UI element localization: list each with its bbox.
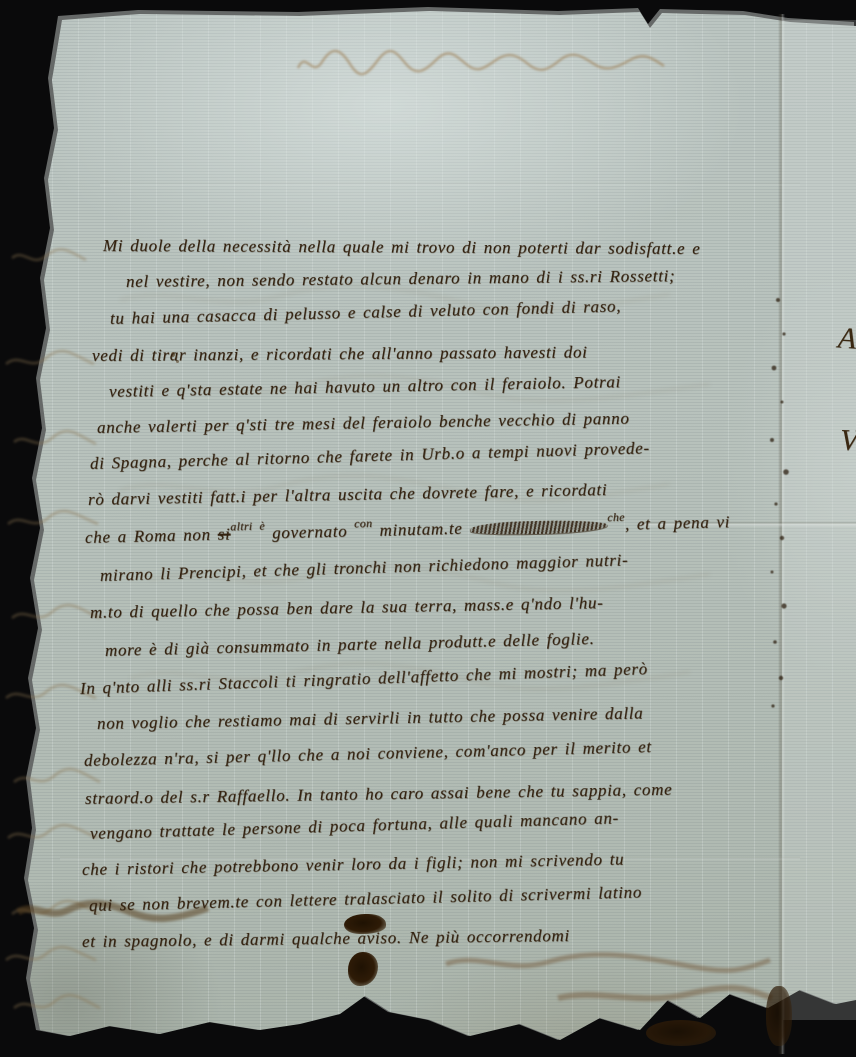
interlinear-insertion: che <box>607 510 625 525</box>
manuscript-line: vedi di tirar inanzi, e ricordati che al… <box>92 343 588 366</box>
photo-backdrop: A V Mi duole della necessità nella quale… <box>0 0 856 1057</box>
interlinear-insertion: è <box>259 519 265 534</box>
struck-text: si <box>217 524 230 543</box>
interlinear-insertion: con <box>354 516 373 531</box>
line-text: governato <box>265 521 355 542</box>
scribbled-out-text <box>469 519 607 535</box>
line-text: minutam.te <box>379 519 469 540</box>
line-text: , et a pena vi <box>625 512 731 534</box>
line-text: che a Roma non <box>85 525 218 547</box>
margin-letter-v: V <box>839 424 856 459</box>
ink-smudge-fold-bottom <box>766 986 792 1046</box>
interlinear-insertion: altri <box>230 519 253 535</box>
manuscript-line: Mi duole della necessità nella quale mi … <box>103 236 701 259</box>
margin-letter-a: A <box>837 321 856 356</box>
ink-smudge-bottom <box>646 1020 716 1046</box>
